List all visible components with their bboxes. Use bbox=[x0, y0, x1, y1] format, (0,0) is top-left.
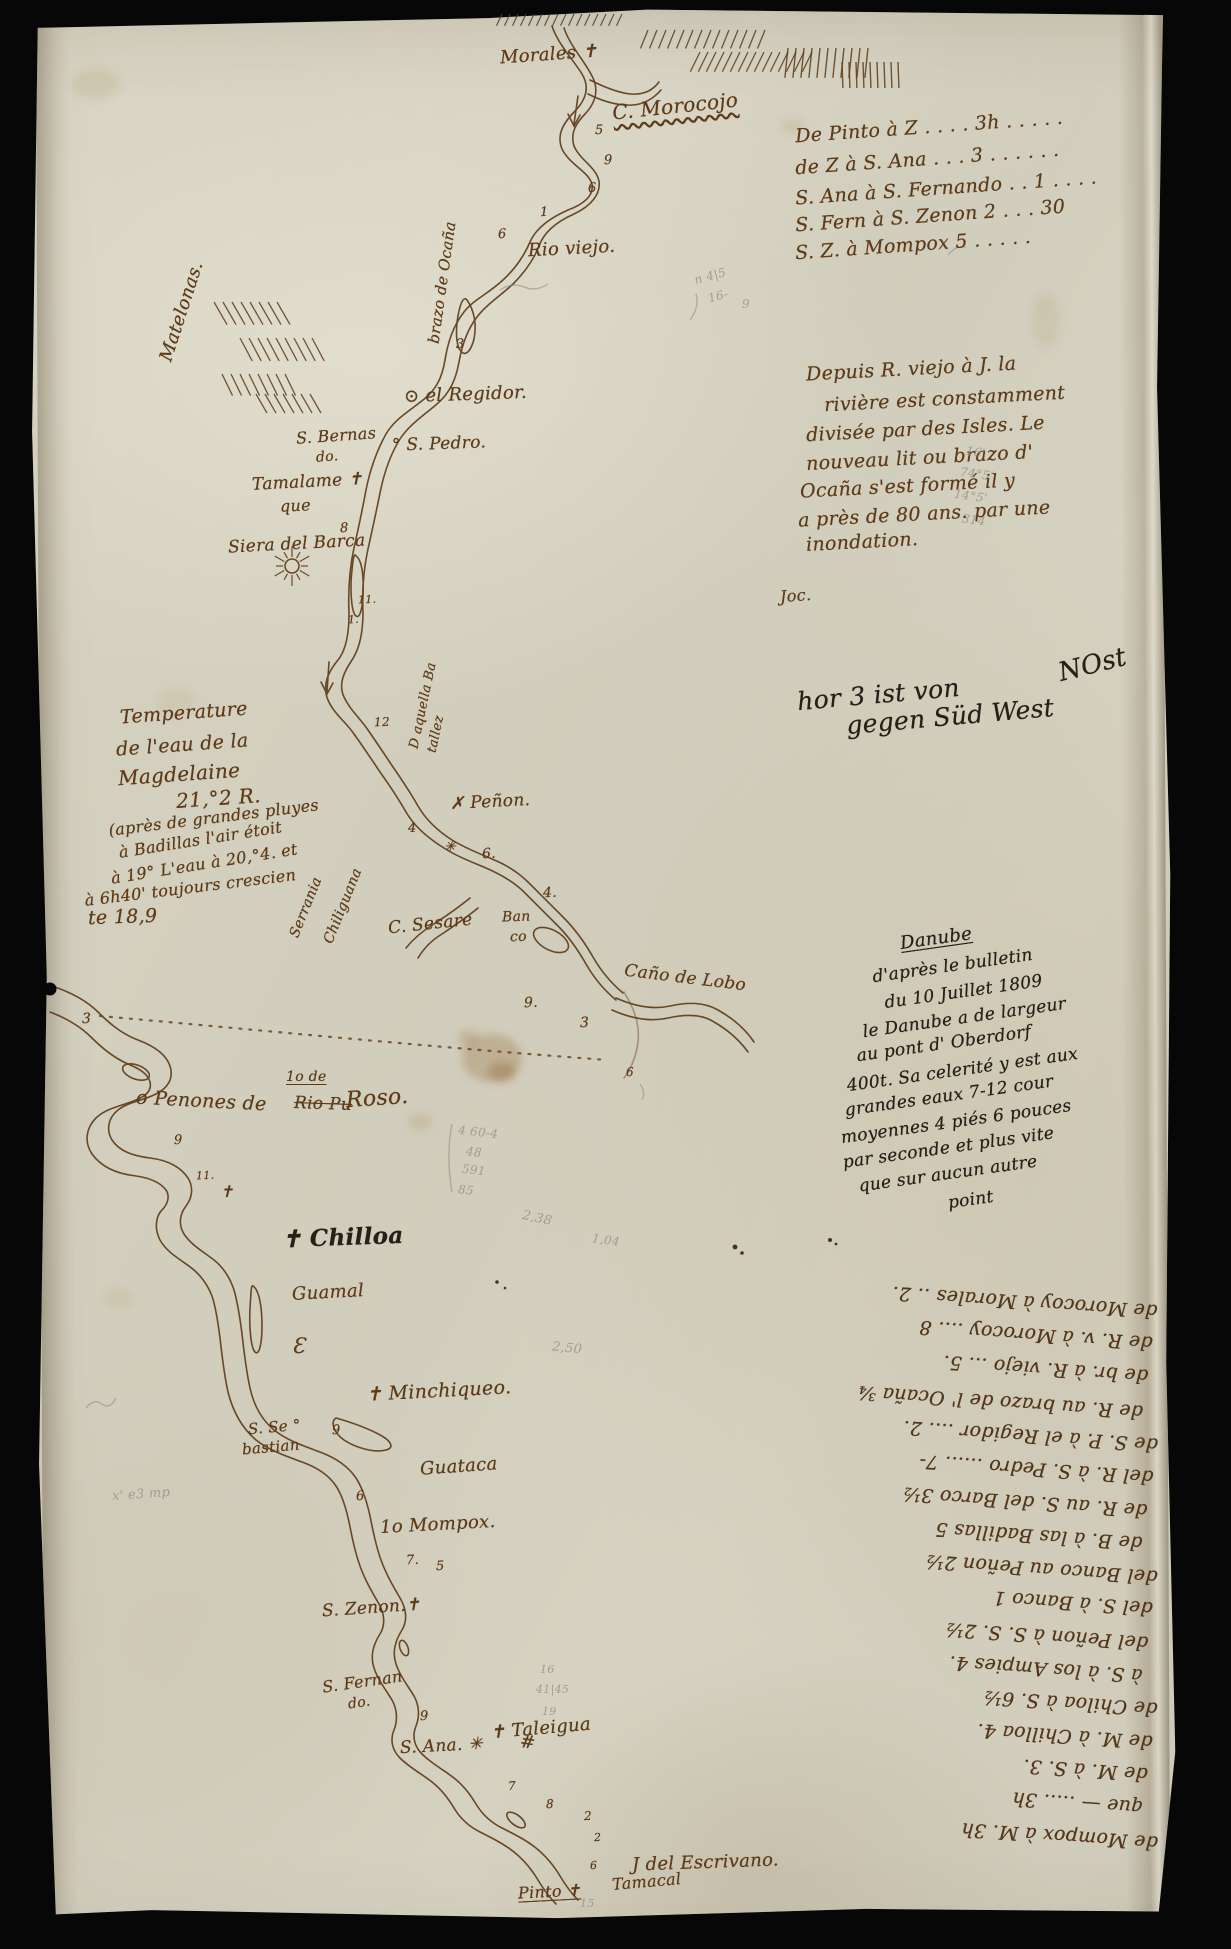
rotated-list-item: que — ..... 3h bbox=[1011, 1788, 1144, 1816]
note-joc: Joc. bbox=[779, 587, 811, 605]
map-label-banco2: co bbox=[510, 930, 527, 945]
rotated-list-item: de S. P. à el Regidor .... 2. bbox=[902, 1417, 1158, 1454]
rotated-list-item: del S. à Banco 1 bbox=[993, 1587, 1154, 1617]
river-number: 8 bbox=[546, 1798, 554, 1810]
map-label-pinto: Pinto ✝ bbox=[518, 1882, 582, 1901]
pencil-mark: 591 bbox=[461, 1163, 486, 1177]
rotated-list-item: à S. à los Ampies 4. bbox=[949, 1653, 1143, 1685]
rotated-list-item: de R. au brazo de l' Ocaña ¾ bbox=[856, 1382, 1143, 1421]
map-label-minchiqueo: ✝ Minchiqueo. bbox=[366, 1378, 512, 1405]
note-temperature-line: te 18,9 bbox=[88, 907, 158, 928]
pencil-mark: 1,04 bbox=[591, 1232, 620, 1248]
pencil-mark: 2,38 bbox=[521, 1209, 553, 1228]
river-number: 8 bbox=[340, 522, 349, 535]
river-number: 4. bbox=[543, 886, 557, 900]
river-number: 12 bbox=[374, 716, 390, 729]
map-label-penon: ✗ Peñon. bbox=[450, 792, 531, 813]
river-number: 6 bbox=[590, 1860, 598, 1871]
pencil-mark: 19 bbox=[542, 1706, 557, 1717]
rotated-list-item: de Chiloa à S. 6½ bbox=[983, 1687, 1158, 1718]
note-danube-title: Danube bbox=[899, 925, 973, 953]
map-label-serrania: Serrania bbox=[288, 875, 325, 939]
rotated-list-item: de M. à S. 3. bbox=[1023, 1755, 1149, 1783]
map-label-mompox: 1o Mompox. bbox=[380, 1513, 496, 1537]
note-temperature-line: de l'eau de la bbox=[115, 731, 249, 759]
river-number: 9 bbox=[332, 1424, 341, 1437]
rotated-list-item: del R. à S. Pedro ...... 7- bbox=[918, 1451, 1153, 1486]
map-label-cano-lobo: Caño de Lobo bbox=[623, 963, 746, 995]
map-label-penones-strike: Rio Pu bbox=[294, 1095, 353, 1114]
map-label-s-sebastian: S. Se ° bbox=[247, 1418, 301, 1438]
map-label-s-pedro: ° S. Pedro. bbox=[392, 434, 487, 454]
map-label-taleigua: ✝ Taleigua bbox=[489, 1716, 591, 1743]
river-number: 2 bbox=[584, 1810, 592, 1822]
map-label-roso: Roso. bbox=[345, 1086, 409, 1112]
annotations-layer: De Pinto à Z . . . . 3h . . . . .de Z à … bbox=[0, 0, 1231, 1949]
map-label-s-bernas2: do. bbox=[316, 449, 339, 465]
map-label-chilloa: ✝ Chilloa bbox=[282, 1224, 404, 1251]
river-number: 3 bbox=[456, 338, 465, 351]
map-label-s-sebastian2: bastian bbox=[241, 1438, 300, 1458]
river-number: 3 bbox=[580, 1016, 590, 1030]
rotated-list-item: de M. à Chilloa 4. bbox=[977, 1720, 1154, 1751]
map-label-morales: Morales ✝ bbox=[499, 43, 598, 68]
river-number: 5 bbox=[595, 124, 604, 137]
map-label-matelonas: Matelonas. bbox=[157, 259, 206, 363]
rotated-list-item: del Banco au Peñon 2½ bbox=[925, 1551, 1158, 1586]
river-number: 4 bbox=[408, 822, 417, 835]
river-number: 3 bbox=[82, 1012, 92, 1026]
note-depuis-line: Depuis R. viejo à J. la bbox=[806, 355, 1017, 385]
map-label-raudal-mark: # bbox=[519, 1733, 537, 1753]
map-label-regidor: ⊙ el Regidor. bbox=[404, 384, 528, 406]
rotated-list-item: de B. à las Badillas 5 bbox=[935, 1519, 1143, 1552]
river-number: 7. bbox=[406, 1554, 419, 1567]
rotated-list-item: de Mompox à M. 3h bbox=[961, 1820, 1159, 1853]
map-label-aquella2: tallez bbox=[426, 714, 447, 754]
note-depuis-line: inondation. bbox=[806, 530, 919, 555]
map-label-guataca: Guataca bbox=[419, 1455, 498, 1478]
rotated-list-item: del Peñon à S. S. 2½ bbox=[944, 1619, 1148, 1652]
pencil-mark: 4 60-4 bbox=[457, 1124, 498, 1140]
pencil-mark: 85 bbox=[457, 1183, 474, 1197]
map-label-lo-de: 1o de bbox=[286, 1070, 327, 1084]
river-number: 9 bbox=[420, 1710, 429, 1723]
note-depuis-line: divisée par des Isles. Le bbox=[806, 414, 1046, 445]
pencil-mark: 41|45 bbox=[536, 1684, 569, 1695]
rotated-list-item: de br. à R. viejo ... 5. bbox=[942, 1352, 1148, 1385]
pencil-mark: 48 bbox=[465, 1145, 482, 1159]
manuscript-map-page: De Pinto à Z . . . . 3h . . . . .de Z à … bbox=[0, 0, 1231, 1949]
pencil-mark: 16 bbox=[540, 1664, 555, 1675]
pencil-mark: 15 bbox=[580, 1898, 595, 1909]
note-temperature-line: Temperature bbox=[119, 700, 248, 728]
map-label-e-mark: Ɛ bbox=[292, 1336, 305, 1357]
map-label-s-fernan: S. Fernan bbox=[321, 1668, 403, 1695]
map-label-penon-star: ✳ bbox=[444, 840, 456, 854]
river-number: 9 bbox=[604, 154, 613, 167]
map-label-s-ana: S. Ana. ✳ bbox=[400, 1736, 484, 1757]
river-number: 2 bbox=[594, 1832, 602, 1843]
river-number: 11. bbox=[358, 594, 377, 606]
river-number: 9 bbox=[174, 1134, 183, 1147]
map-label-siera-del-barca: Siera del Barca bbox=[228, 532, 366, 556]
rotated-list-item: de R. au S. del Barco 3½ bbox=[902, 1484, 1148, 1520]
note-german-line: NOst bbox=[1056, 644, 1129, 686]
river-number: 6 bbox=[626, 1066, 634, 1078]
river-number: 7 bbox=[508, 1780, 516, 1792]
note-depuis-line: rivière est constamment bbox=[824, 384, 1066, 416]
map-label-s-zenon: S. Zenon.✝ bbox=[322, 1597, 421, 1621]
map-label-cross-1: ✝ bbox=[220, 1184, 234, 1200]
map-label-guamal: Guamal bbox=[292, 1282, 365, 1304]
rotated-list-item: de Morocoy à Morales .. 2. bbox=[892, 1283, 1158, 1320]
map-label-chiliguana: Chiliguana bbox=[322, 866, 365, 945]
map-label-sesare: C. Sesare bbox=[387, 912, 473, 938]
pencil-mark: 16- bbox=[707, 288, 730, 305]
map-label-tamalameque2: que bbox=[280, 497, 312, 515]
map-label-brazo-ocana: brazo de Ocaña bbox=[427, 221, 459, 345]
river-number: 11. bbox=[196, 1170, 215, 1182]
map-label-s-fernan2: do. bbox=[347, 1695, 371, 1712]
map-label-s-bernas: S. Bernas bbox=[296, 425, 377, 447]
map-label-banco: Ban bbox=[502, 910, 531, 925]
river-number: 6. bbox=[482, 847, 496, 861]
river-number: 6 bbox=[498, 228, 507, 241]
map-label-morocojo: C. Morocojo bbox=[611, 89, 739, 122]
pencil-mark: 9 bbox=[742, 298, 750, 310]
river-number: 9. bbox=[524, 996, 538, 1010]
pencil-mark: 314 bbox=[961, 512, 986, 527]
map-label-tamacal: Tamacal bbox=[611, 1871, 682, 1893]
pencil-mark: 16' bbox=[965, 445, 986, 460]
river-number: 6 bbox=[588, 182, 597, 195]
map-label-tamalameque: Tamalame ✝ bbox=[252, 471, 364, 494]
note-danube-line: point bbox=[947, 1189, 995, 1212]
river-number: 1. bbox=[348, 614, 359, 625]
river-number: 6 bbox=[356, 1490, 365, 1503]
river-number: 5 bbox=[436, 1560, 445, 1573]
pencil-mark: x' e3 mp bbox=[112, 1486, 171, 1503]
map-label-rio-viejo: Rio viejo. bbox=[528, 238, 616, 261]
map-label-penones: o Penones de bbox=[136, 1089, 267, 1115]
rotated-list-item: de R. v. à Morocoy .... 8 bbox=[919, 1317, 1154, 1352]
pencil-mark: 2,50 bbox=[551, 1340, 582, 1356]
note-temperature-line: Magdelaine bbox=[117, 760, 240, 788]
note-depuis-line: a près de 80 ans. par une bbox=[798, 498, 1051, 530]
pencil-mark: n 4|5 bbox=[693, 266, 727, 286]
river-number: 1 bbox=[540, 206, 549, 219]
